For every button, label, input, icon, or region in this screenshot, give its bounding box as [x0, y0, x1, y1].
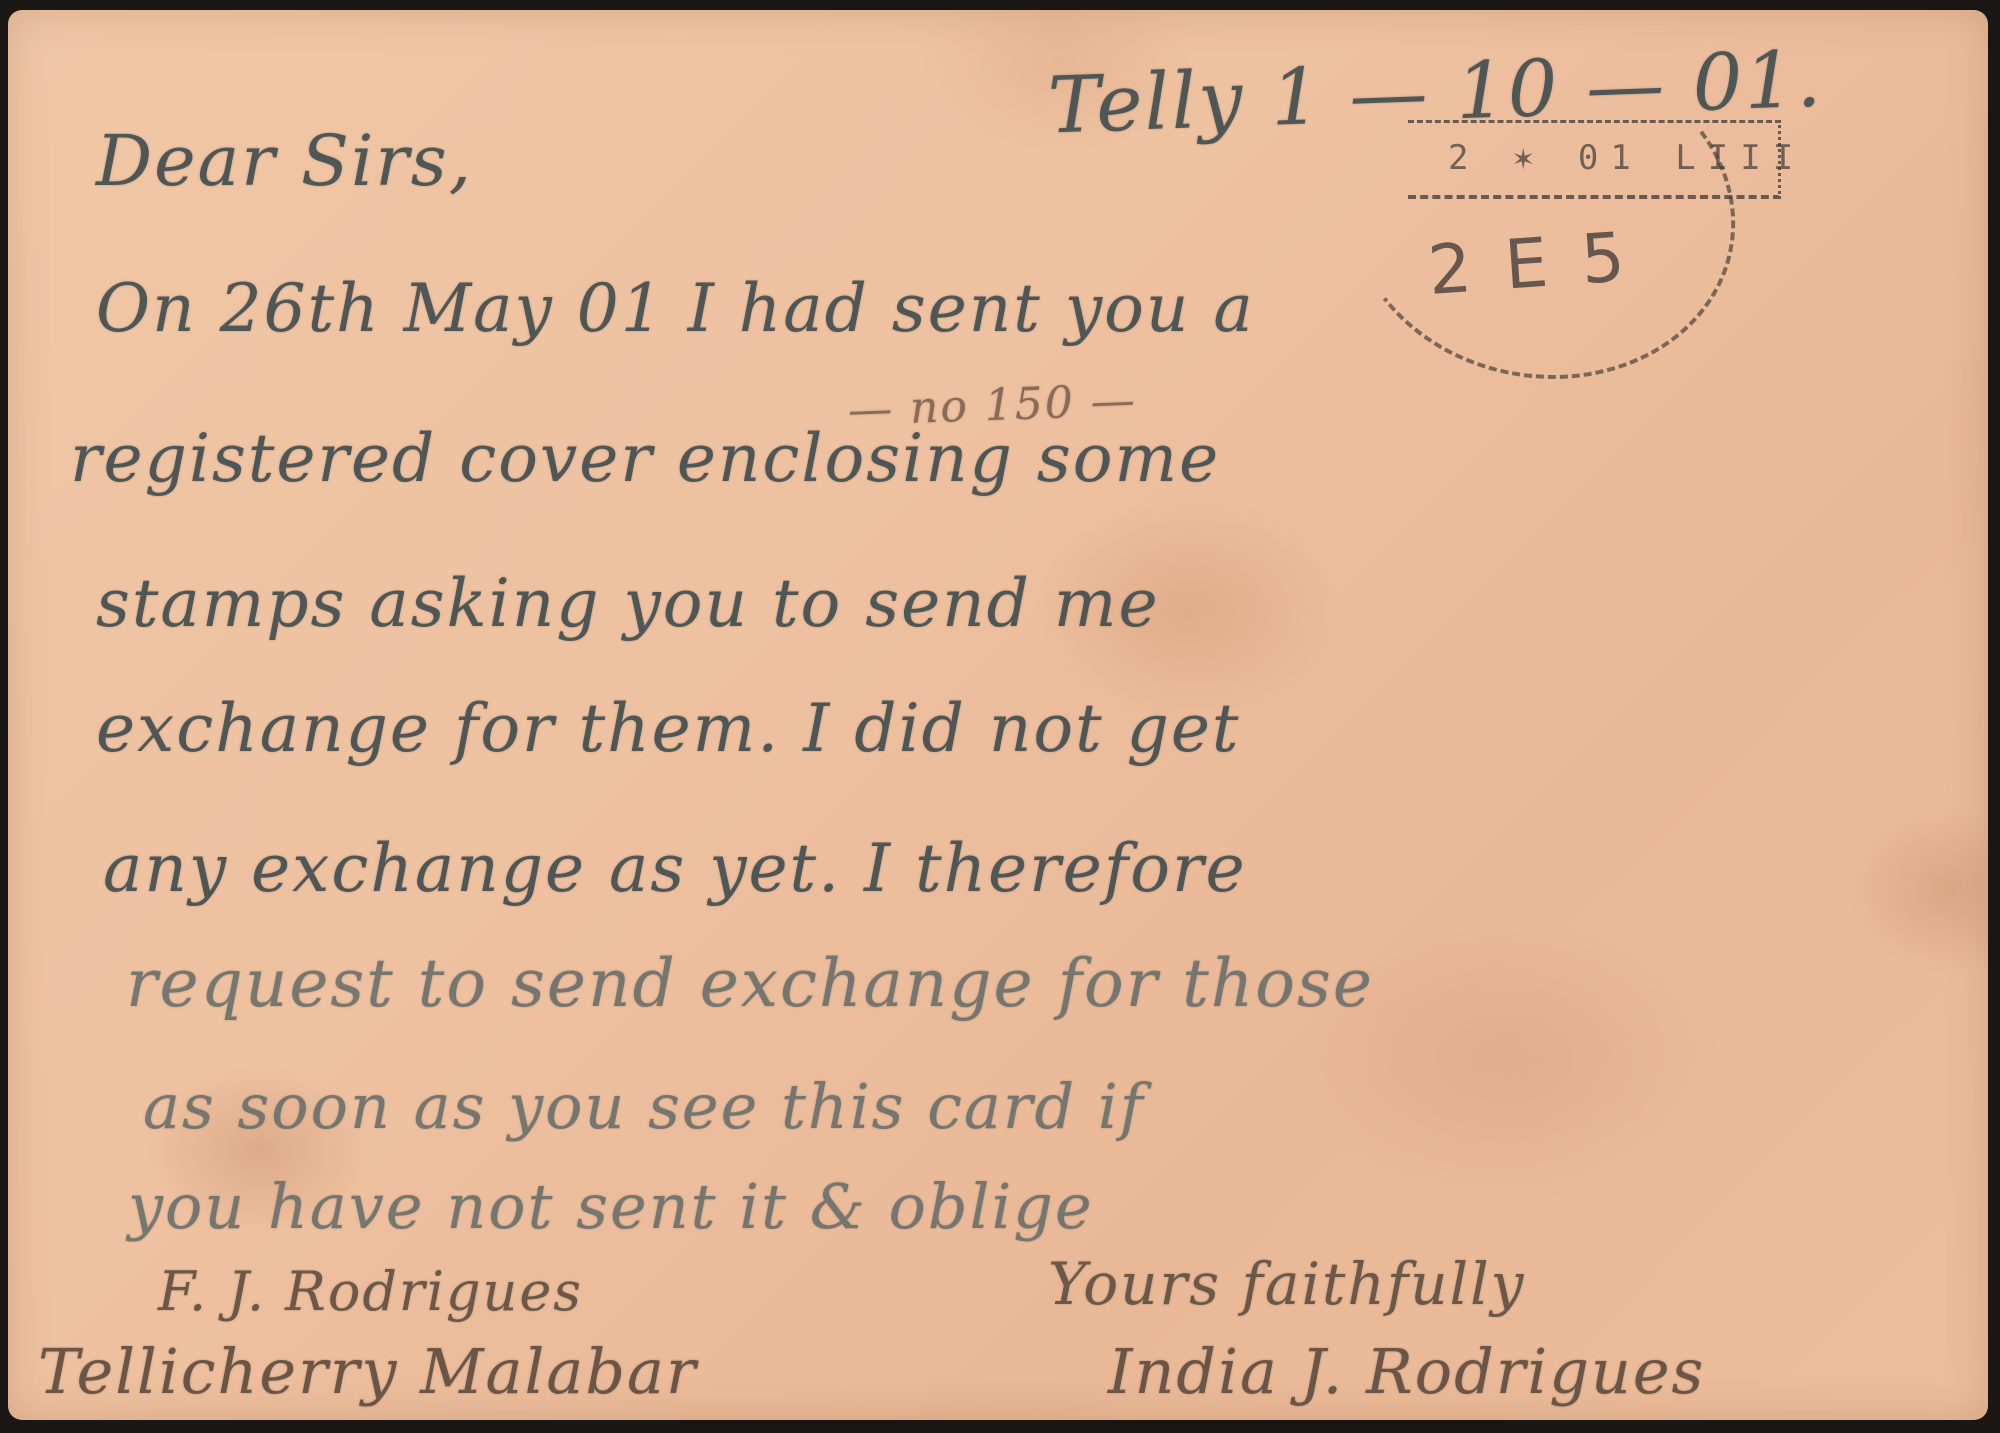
salutation: Dear Sirs,: [96, 120, 473, 202]
body-line-7: as soon as you see this card if: [143, 1070, 1145, 1143]
body-line-4: exchange for them. I did not get: [96, 690, 1240, 767]
sender-signature: India J. Rodrigues: [1108, 1335, 1705, 1408]
sender-address: Tellicherry Malabar: [38, 1335, 698, 1408]
body-line-1: On 26th May 01 I had sent you a: [96, 270, 1255, 347]
body-line-8: you have not sent it & oblige: [128, 1170, 1094, 1243]
body-line-6: request to send exchange for those: [126, 945, 1374, 1022]
postmark-circle-text: 2 E 5: [1425, 218, 1633, 311]
postmark-box-text: 2 ✶ 01 LIII: [1448, 138, 1805, 178]
postcard: 2 ✶ 01 LIII 2 E 5 Telly 1 — 10 — 01. Dea…: [8, 10, 1988, 1420]
body-line-5: any exchange as yet. I therefore: [103, 830, 1247, 907]
sender-name: F. J. Rodrigues: [158, 1260, 583, 1323]
body-line-3: stamps asking you to send me: [96, 565, 1160, 642]
body-line-2: registered cover enclosing some: [70, 420, 1220, 497]
closing-phrase: Yours faithfully: [1048, 1250, 1525, 1318]
